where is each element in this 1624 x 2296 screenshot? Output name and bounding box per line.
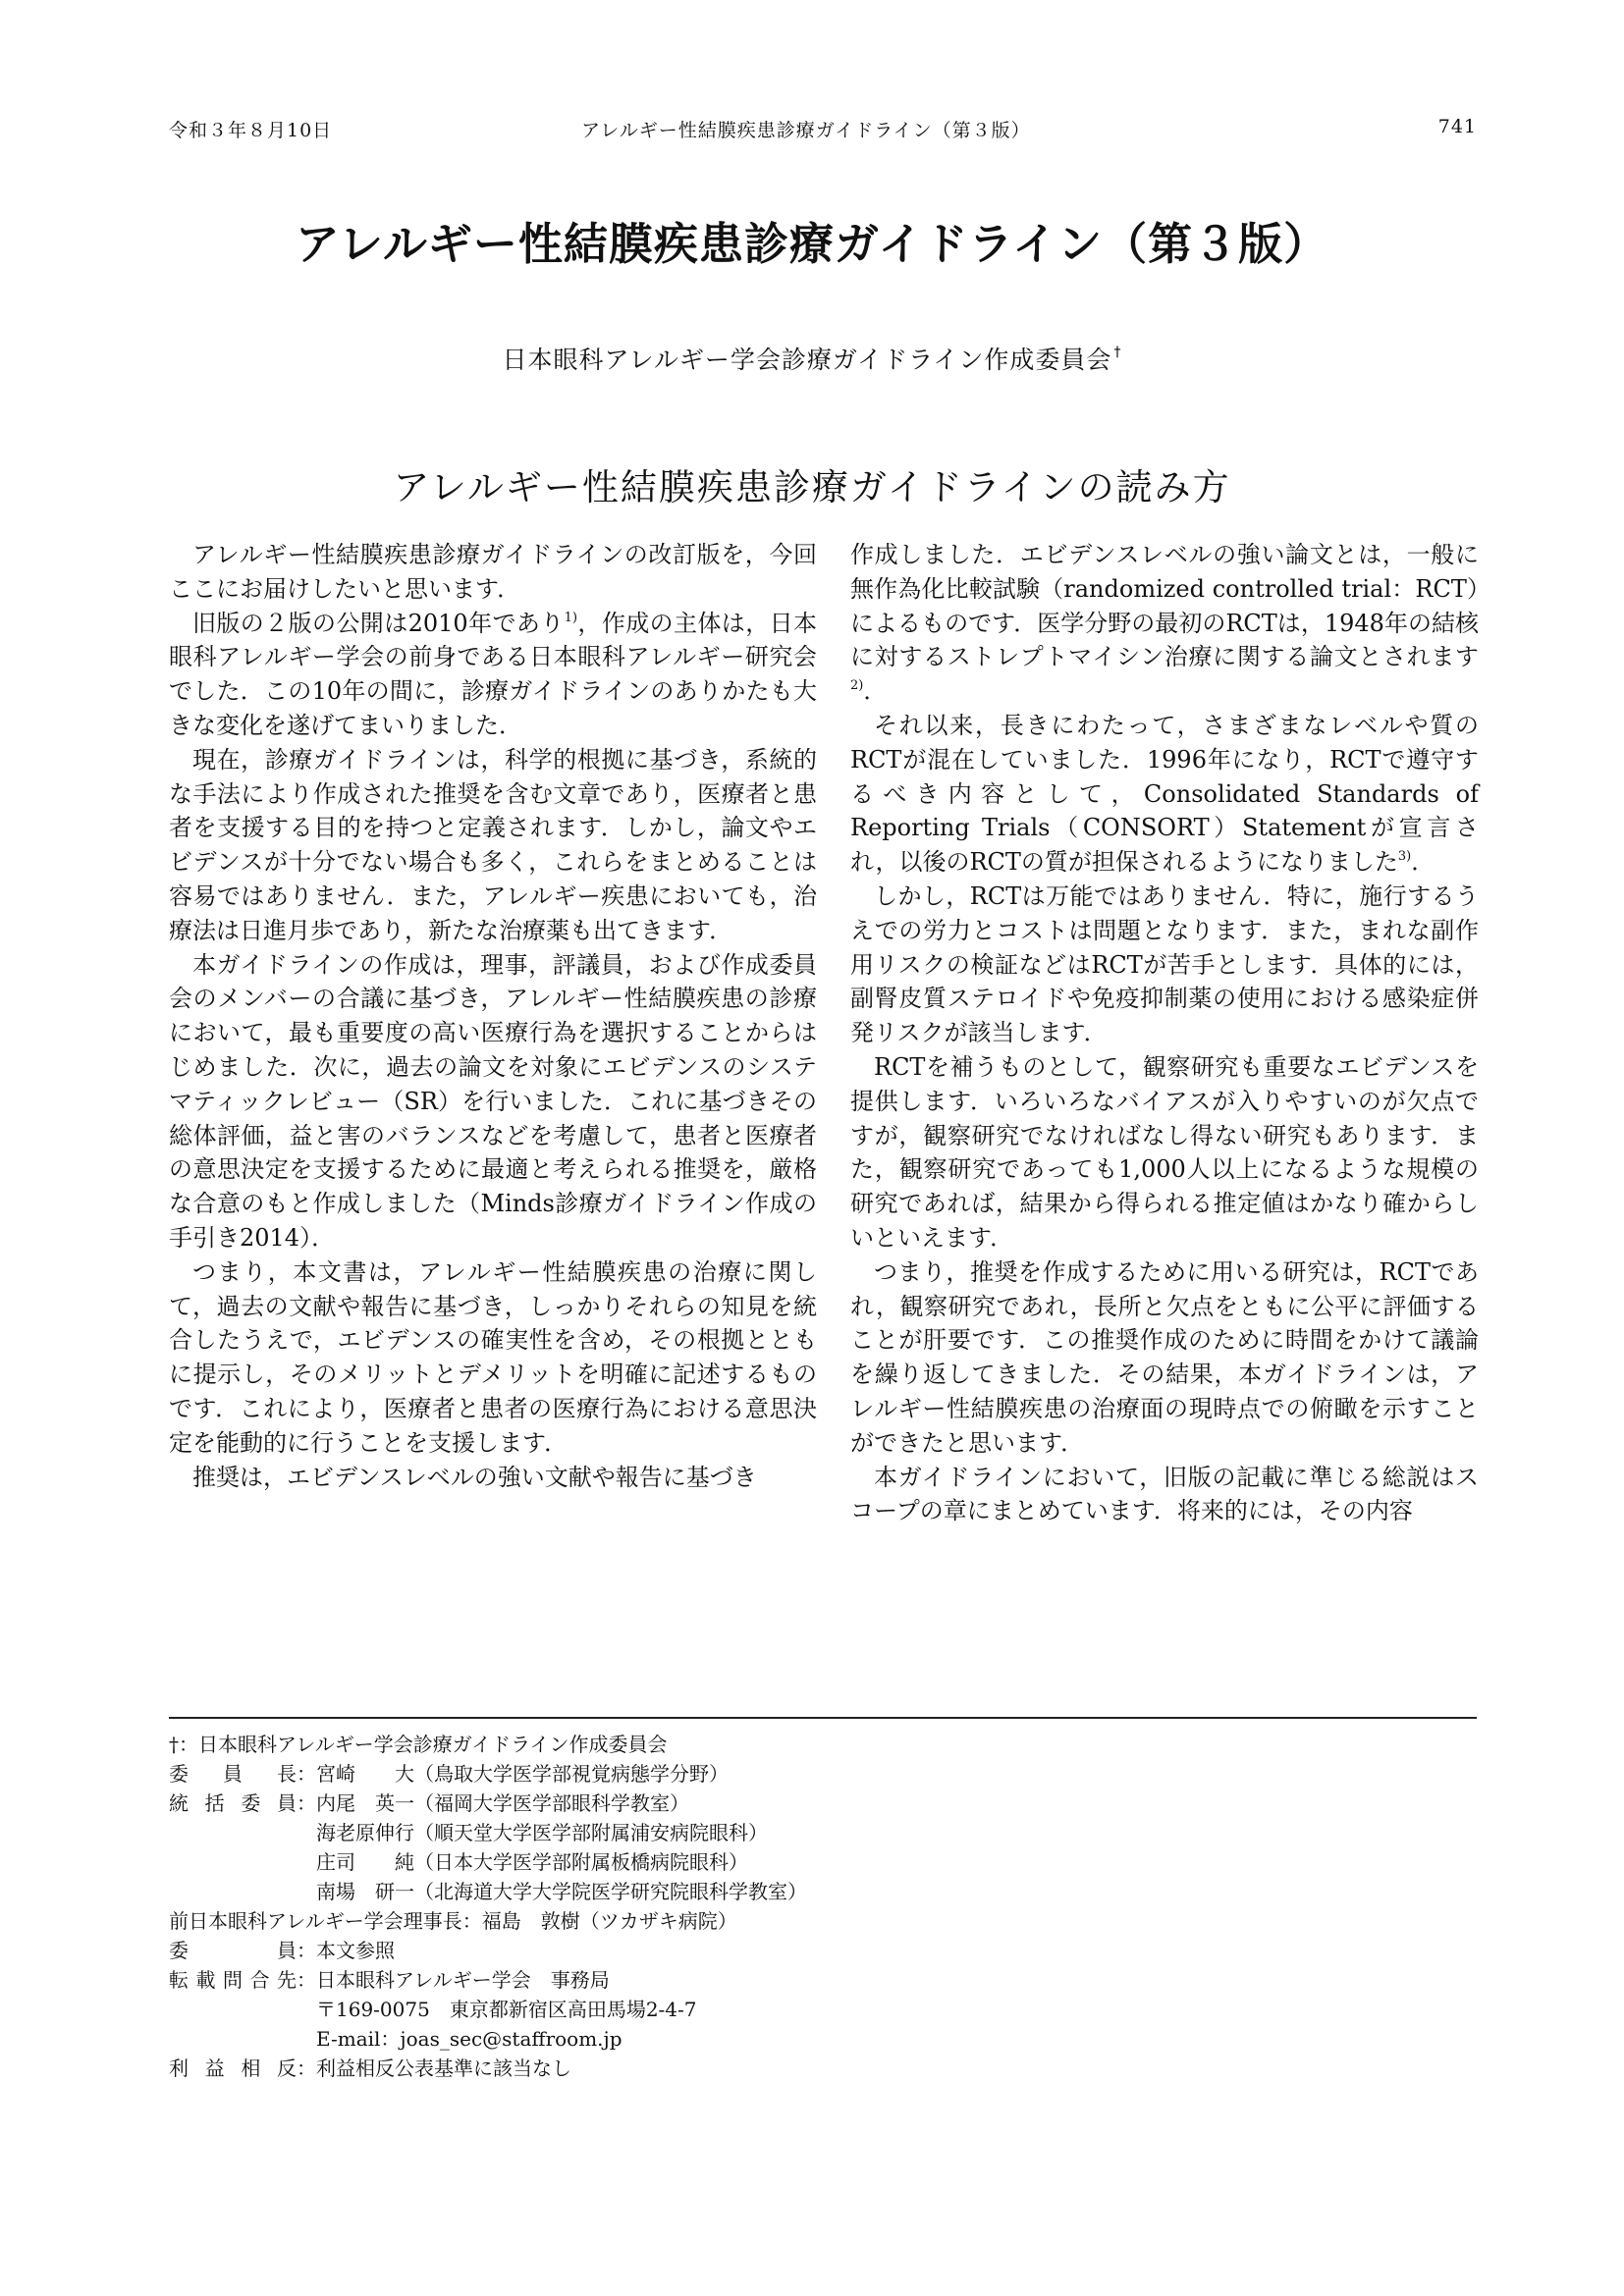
chair-value: 宮崎 大（鳥取大学医学部視覚病態学分野）	[316, 1759, 729, 1789]
article-title: アレルギー性結膜疾患診療ガイドライン（第３版）	[0, 208, 1624, 272]
author-name: 日本眼科アレルギー学会診療ガイドライン作成委員会	[503, 346, 1112, 374]
paragraph-text: 作成しました．エビデンスレベルの強い論文とは，一般に無作為化比較試験（rando…	[850, 541, 1479, 670]
footnote-members: 委員 ： 本文参照	[169, 1936, 1053, 1965]
general-members-label: 統括委員	[169, 1789, 297, 1818]
separator: ：	[462, 1906, 482, 1936]
footnote-general-members: 統括委員 ： 内尾 英一（福岡大学医学部眼科学教室）	[169, 1789, 1053, 1818]
issue-date: 令和３年８月10日	[169, 116, 332, 142]
contact-address: 〒169-0075 東京都新宿区高田馬場2-4-7	[316, 1995, 697, 2024]
footnote-general-members-cont: 庄司 純（日本大学医学部附属板橋病院眼科）	[169, 1847, 1053, 1877]
dagger-mark: †	[1113, 345, 1121, 360]
contact-email-link[interactable]: E-mail：joas_sec@staffroom.jp	[316, 2024, 623, 2054]
member-entry: 庄司 純（日本大学医学部附属板橋病院眼科）	[316, 1847, 748, 1877]
paragraph-text: ．	[1411, 848, 1435, 876]
member-entry: 海老原伸行（順天堂大学医学部附属浦安病院眼科）	[316, 1818, 768, 1847]
coi-value: 利益相反公表基準に該当なし	[316, 2054, 571, 2083]
separator: ：	[297, 1965, 316, 1995]
paragraph: 本ガイドラインにおいて，旧版の記載に準じる総説はスコープの章にまとめています．将…	[850, 1461, 1479, 1529]
chair-label: 委員長	[169, 1759, 297, 1789]
footnote-committee: † ： 日本眼科アレルギー学会診療ガイドライン作成委員会	[169, 1730, 1053, 1759]
member-entry: 内尾 英一（福岡大学医学部眼科学教室）	[316, 1789, 689, 1818]
paragraph: 作成しました．エビデンスレベルの強い論文とは，一般に無作為化比較試験（rando…	[850, 538, 1479, 709]
paragraph: 旧版の２版の公開は2010年であり1)，作成の主体は，日本眼科アレルギー学会の前…	[169, 607, 817, 743]
paragraph-text: それ以来，長きにわたって，さまざまなレベルや質のRCTが混在していました．199…	[850, 712, 1479, 876]
contact-organization: 日本眼科アレルギー学会 事務局	[316, 1965, 610, 1995]
footnotes: † ： 日本眼科アレルギー学会診療ガイドライン作成委員会 委員長 ： 宮崎 大（…	[169, 1730, 1053, 2083]
running-title: アレルギー性結膜疾患診療ガイドライン（第３版）	[581, 116, 1031, 142]
members-label: 委員	[169, 1936, 297, 1965]
dagger-mark: †	[169, 1730, 179, 1759]
paragraph: しかし，RCTは万能ではありません．特に，施行するうえでの労力とコストは問題とな…	[850, 880, 1479, 1050]
committee-name: 日本眼科アレルギー学会診療ガイドライン作成委員会	[198, 1730, 668, 1759]
separator: ：	[297, 1936, 316, 1965]
running-header: 令和３年８月10日 アレルギー性結膜疾患診療ガイドライン（第３版） 741	[169, 116, 1477, 145]
paragraph: 現在，診療ガイドラインは，科学的根拠に基づき，系統的な手法により作成された推奨を…	[169, 743, 817, 948]
left-column: アレルギー性結膜疾患診療ガイドラインの改訂版を，今回ここにお届けしたいと思います…	[169, 538, 817, 1494]
paragraph-text: ．	[863, 677, 887, 705]
paragraph: アレルギー性結膜疾患診療ガイドラインの改訂版を，今回ここにお届けしたいと思います…	[169, 538, 817, 607]
footnote-coi: 利益相反 ： 利益相反公表基準に該当なし	[169, 2054, 1053, 2083]
paragraph: 本ガイドラインの作成は，理事，評議員，および作成委員会のメンバーの合議に基づき，…	[169, 948, 817, 1255]
section-title: アレルギー性結膜疾患診療ガイドラインの読み方	[0, 457, 1624, 510]
author-line: 日本眼科アレルギー学会診療ガイドライン作成委員会†	[0, 341, 1624, 376]
paragraph: それ以来，長きにわたって，さまざまなレベルや質のRCTが混在していました．199…	[850, 709, 1479, 880]
former-president-label: 前日本眼科アレルギー学会理事長	[169, 1906, 462, 1936]
paragraph-text: 旧版の２版の公開は2010年であり	[192, 610, 565, 637]
reference-mark[interactable]: 1)	[565, 611, 577, 625]
page-number: 741	[1438, 116, 1477, 137]
footnote-chair: 委員長 ： 宮崎 大（鳥取大学医学部視覚病態学分野）	[169, 1759, 1053, 1789]
former-president-value: 福島 敦樹（ツカザキ病院）	[482, 1906, 737, 1936]
footnote-general-members-cont: 南場 研一（北海道大学大学院医学研究院眼科学教室）	[169, 1877, 1053, 1906]
reference-mark[interactable]: 2)	[850, 678, 863, 693]
paragraph: つまり，本文書は，アレルギー性結膜疾患の治療に関して，過去の文献や報告に基づき，…	[169, 1255, 817, 1461]
paragraph: 推奨は，エビデンスレベルの強い文献や報告に基づき	[169, 1461, 817, 1495]
separator: ：	[297, 2054, 316, 2083]
contact-label: 転載問合先	[169, 1965, 297, 1995]
paragraph: つまり，推奨を作成するために用いる研究は，RCTであれ，観察研究であれ，長所と欠…	[850, 1255, 1479, 1461]
coi-label: 利益相反	[169, 2054, 297, 2083]
paragraph: RCTを補うものとして，観察研究も重要なエビデンスを提供します．いろいろなバイア…	[850, 1050, 1479, 1255]
footnote-former-president: 前日本眼科アレルギー学会理事長 ： 福島 敦樹（ツカザキ病院）	[169, 1906, 1053, 1936]
footnote-contact-cont: E-mail：joas_sec@staffroom.jp	[169, 2024, 1053, 2054]
footnote-divider	[169, 1717, 1477, 1719]
right-column: 作成しました．エビデンスレベルの強い論文とは，一般に無作為化比較試験（rando…	[850, 538, 1479, 1528]
separator: ：	[297, 1789, 316, 1818]
member-entry: 南場 研一（北海道大学大学院医学研究院眼科学教室）	[316, 1877, 807, 1906]
members-value: 本文参照	[316, 1936, 395, 1965]
separator: ：	[297, 1759, 316, 1789]
separator: ：	[179, 1730, 198, 1759]
footnote-contact: 転載問合先 ： 日本眼科アレルギー学会 事務局	[169, 1965, 1053, 1995]
footnote-general-members-cont: 海老原伸行（順天堂大学医学部附属浦安病院眼科）	[169, 1818, 1053, 1847]
reference-mark[interactable]: 3)	[1398, 849, 1411, 864]
footnote-contact-cont: 〒169-0075 東京都新宿区高田馬場2-4-7	[169, 1995, 1053, 2024]
